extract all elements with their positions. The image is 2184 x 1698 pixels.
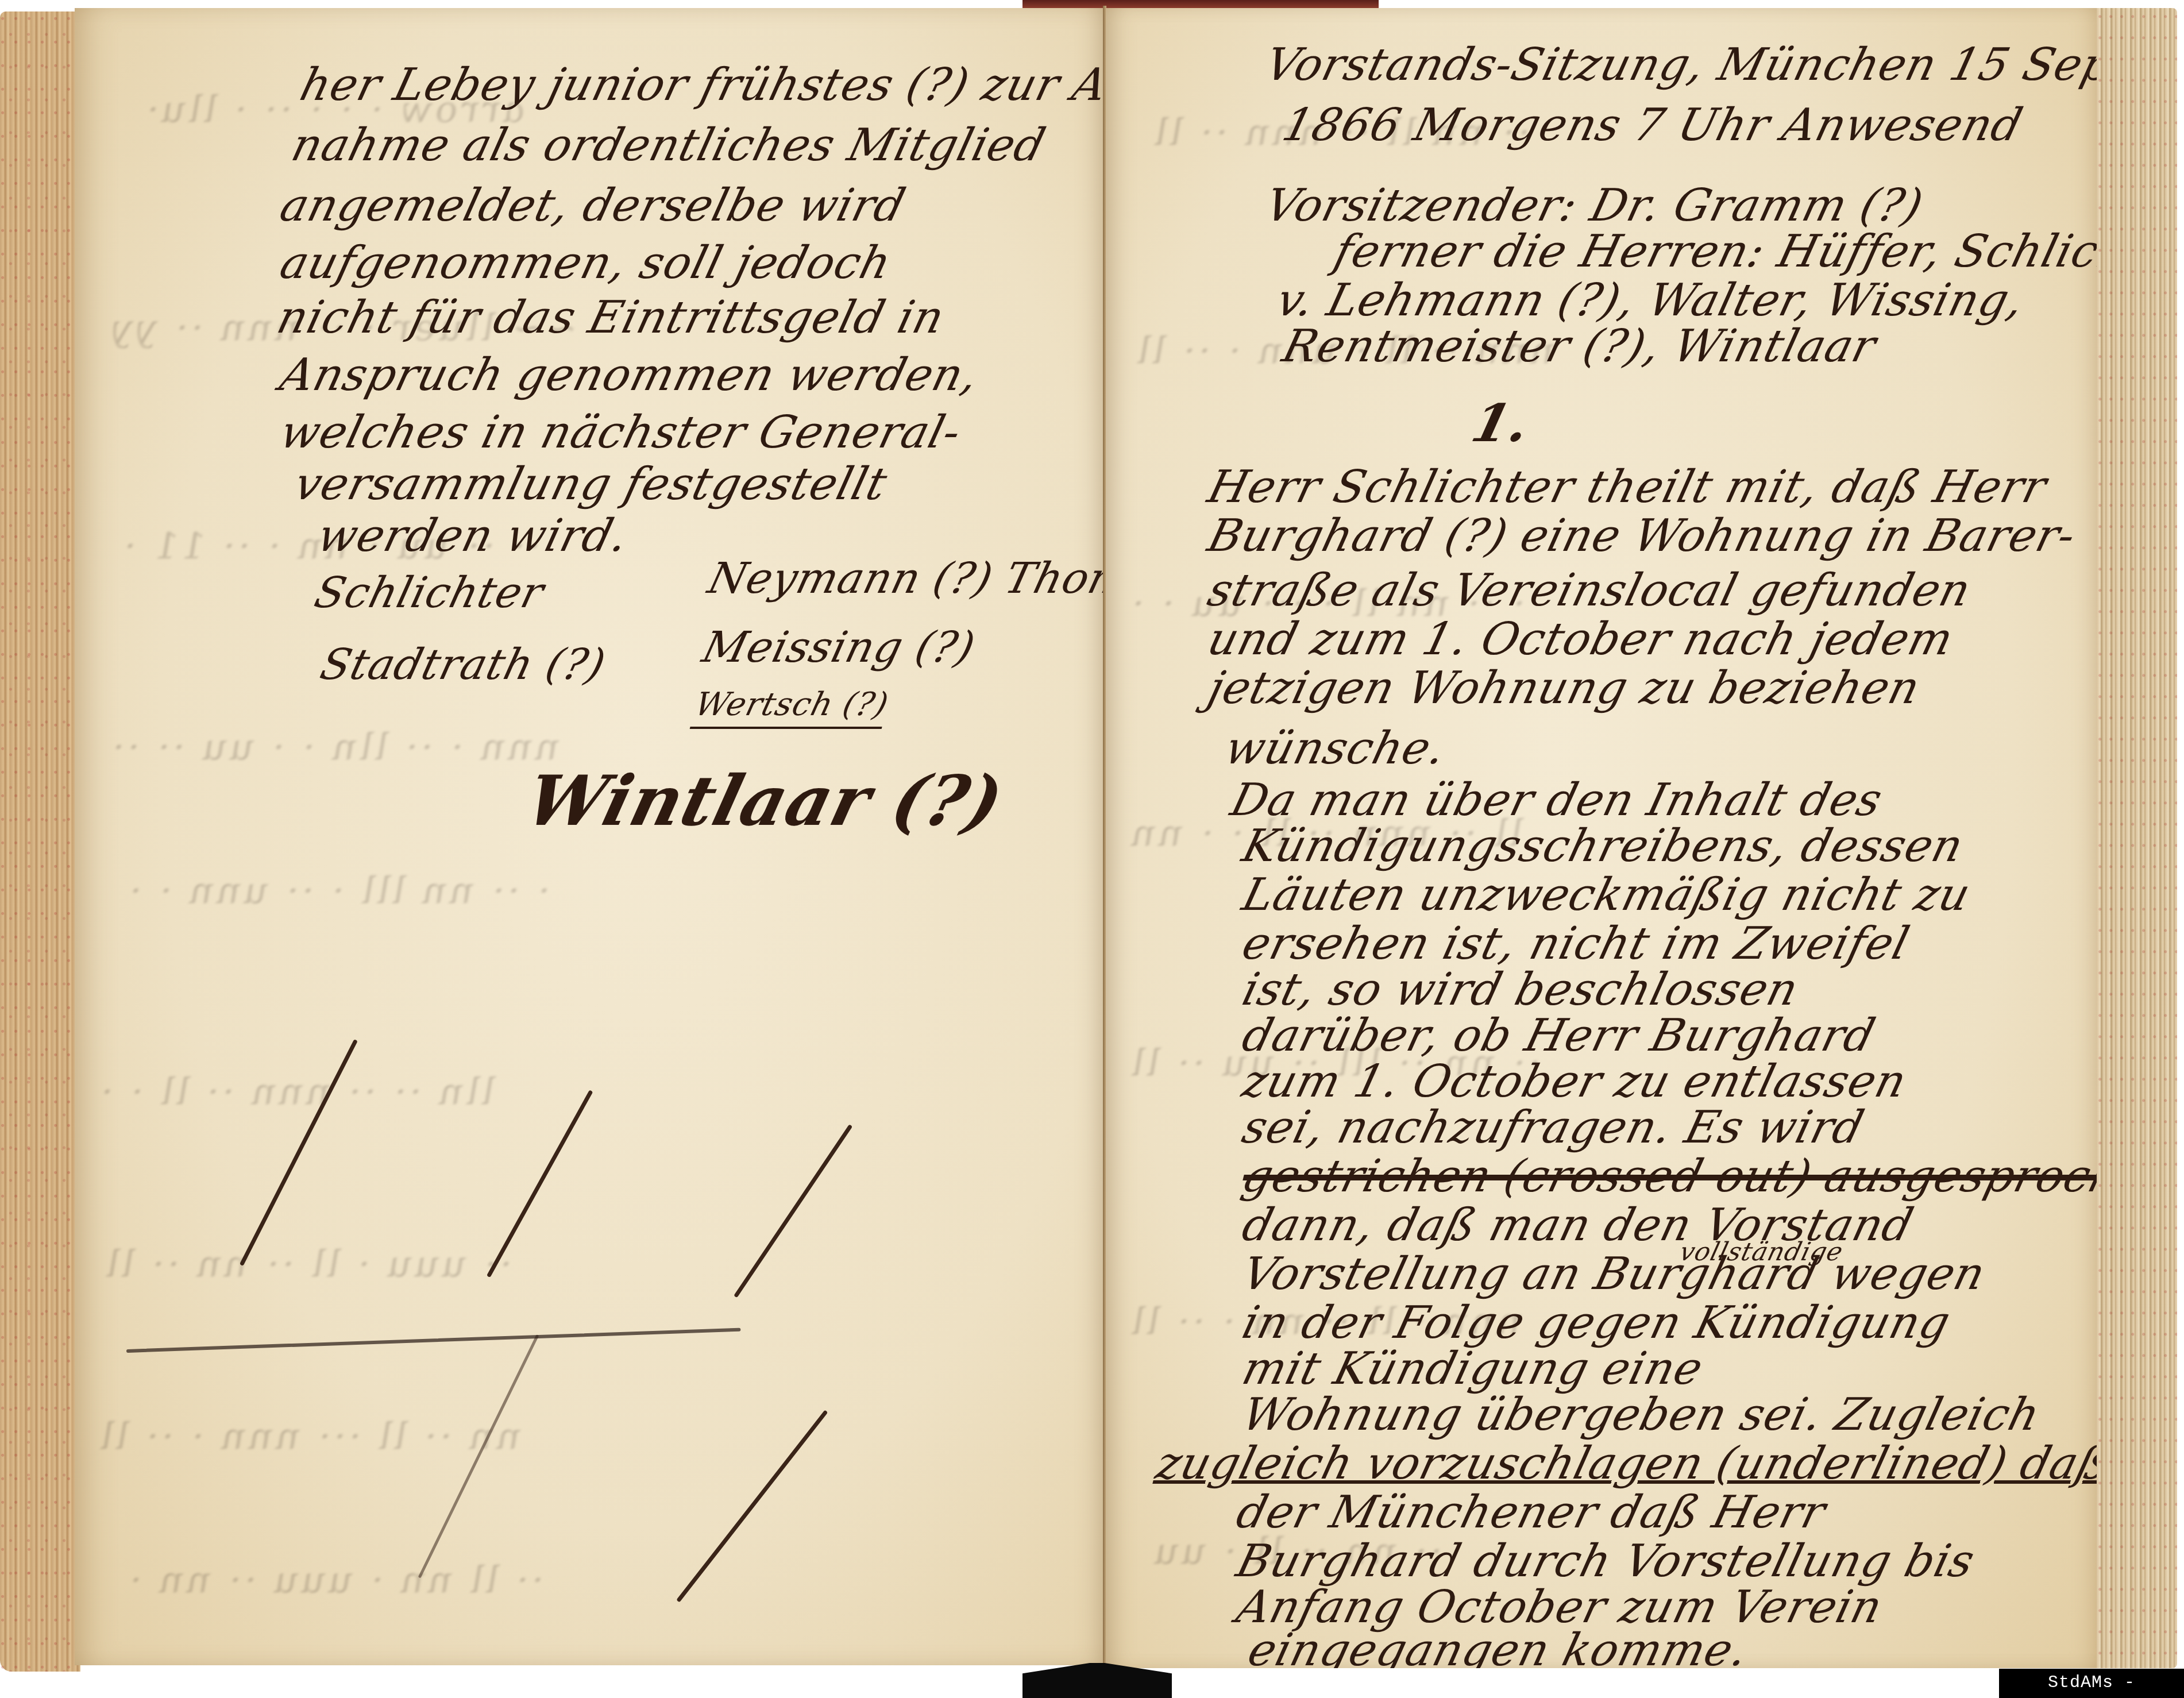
manuscript-line: in der Folge gegen Kündigung	[1238, 1300, 1955, 1345]
struck-through-line: gestrichen (crossed out) ausgesprochen	[1238, 1154, 2097, 1199]
cross-out-stroke	[487, 1090, 593, 1278]
agenda-item-number: 1.	[1466, 393, 1536, 454]
manuscript-line: zugleich vorzuschlagen (underlined) daß …	[1152, 1441, 2097, 1486]
manuscript-line: sei, nachzufragen. Es wird	[1238, 1105, 1868, 1150]
manuscript-line: eingegangen komme.	[1244, 1628, 1753, 1668]
manuscript-line: Burghard (?) eine Wohnung in Barer-	[1203, 514, 2080, 558]
manuscript-line: Anspruch genommen werden,	[276, 353, 983, 398]
manuscript-line: zum 1. October zu entlassen	[1238, 1059, 1911, 1104]
meeting-header-line: Vorstands-Sitzung, München 15 September	[1261, 43, 2097, 87]
manuscript-line: darüber, ob Herr Burghard	[1238, 1013, 1880, 1058]
manuscript-line: Vorstellung an Burghard wegen	[1238, 1252, 1990, 1296]
attendance-line: Vorsitzender: Dr. Gramm (?)	[1261, 183, 1927, 228]
bleed-through-text: · ·· nn lll · ·· unn · ·	[119, 870, 558, 912]
left-page: arrow · · · ·· · llu· ~~ lluer · ·· nnn …	[75, 8, 1106, 1665]
left-page-stack-edge	[0, 11, 80, 1672]
bleed-through-text: nnn · ·· lln · · uu ·· ··	[102, 726, 568, 769]
right-page-stack-edge	[2097, 8, 2177, 1668]
archive-reference-label: StdAMs - MV_002a_065	[1999, 1669, 2184, 1698]
open-book: arrow · · · ·· · llu· ~~ lluer · ·· nnn …	[0, 0, 2184, 1698]
cross-out-stroke	[734, 1124, 852, 1298]
manuscript-line: ist, so wird beschlossen	[1238, 967, 1803, 1012]
spine-bottom-shadow	[1022, 1663, 1172, 1698]
manuscript-line: jetzigen Wohnung zu beziehen	[1203, 666, 1924, 711]
manuscript-line: Kündigungsschreibens, dessen	[1238, 824, 1968, 869]
manuscript-line: der Münchener daß Herr	[1232, 1490, 1830, 1535]
manuscript-line: Anfang October zum Verein	[1232, 1585, 1886, 1630]
manuscript-line: angemeldet, derselbe wird	[276, 183, 910, 228]
manuscript-line: Herr Schlichter theilt mit, daß Herr	[1203, 465, 2051, 510]
manuscript-line: ersehen ist, nicht im Zweifel	[1238, 921, 1913, 966]
manuscript-line: mit Kündigung eine	[1238, 1346, 1707, 1391]
manuscript-line: versammlung festgestellt	[290, 462, 892, 507]
manuscript-line: straße als Vereinslocal gefunden	[1203, 568, 1975, 613]
signature: Schlichter	[310, 568, 549, 618]
manuscript-line: wünsche.	[1221, 726, 1450, 771]
insertion-above-line: vollständige	[1677, 1237, 1846, 1267]
attendance-line: Rentmeister (?), Wintlaar	[1278, 324, 1880, 369]
cross-out-stroke	[676, 1410, 828, 1602]
manuscript-line: nicht für das Eintrittsgeld in	[273, 295, 948, 340]
meeting-header-line: 1866 Morgens 7 Uhr Anwesend	[1278, 103, 2027, 148]
right-page: ·· nn ll ·· nnn ·· ll nnn ·· ll · unn · …	[1106, 8, 2097, 1668]
manuscript-line: nahme als ordentliches Mitglied	[287, 123, 1049, 168]
manuscript-line: Wohnung übergeben sei. Zugleich	[1238, 1392, 2044, 1437]
top-binding-headband	[1022, 0, 1379, 8]
signature: Wintlaar (?)	[518, 761, 1011, 842]
attendance-line: v. Lehmann (?), Walter, Wissing,	[1272, 278, 2028, 323]
signature: Meissing (?)	[697, 623, 980, 672]
manuscript-line: werden wird.	[313, 514, 633, 558]
manuscript-line: Burghard durch Vorstellung bis	[1232, 1539, 1979, 1584]
bleed-through-text: ·· ll nn · uuu ·· nn ·	[119, 1559, 551, 1601]
bleed-through-text: ·· uuu · ll ·· nn ·· ll	[96, 1243, 520, 1286]
manuscript-line: welches in nächster General-	[276, 410, 965, 455]
manuscript-line: her Lebey junior frühstes (?) zur Auf-	[296, 63, 1106, 107]
attendance-line: ferner die Herren: Hüffer, Schlichter,	[1330, 229, 2097, 274]
bleed-through-text: nn ·· ll ··· nnn · ·· ll	[90, 1415, 529, 1458]
signature: Stadtrath (?)	[315, 640, 611, 689]
manuscript-line: Da man über den Inhalt des	[1226, 778, 1886, 823]
manuscript-line: Läuten unzweckmäßig nicht zu	[1238, 873, 1975, 917]
manuscript-line: aufgenommen, soll jedoch	[276, 241, 896, 285]
horizontal-strike-line	[126, 1328, 741, 1353]
signature: Wertsch (?)	[690, 686, 893, 729]
manuscript-line: und zum 1. October nach jedem	[1203, 617, 1958, 662]
signature: Neymann (?) Thomas	[703, 554, 1106, 603]
bleed-through-text: lln ·· ·· nnn ·· ll · ·	[90, 1071, 502, 1113]
